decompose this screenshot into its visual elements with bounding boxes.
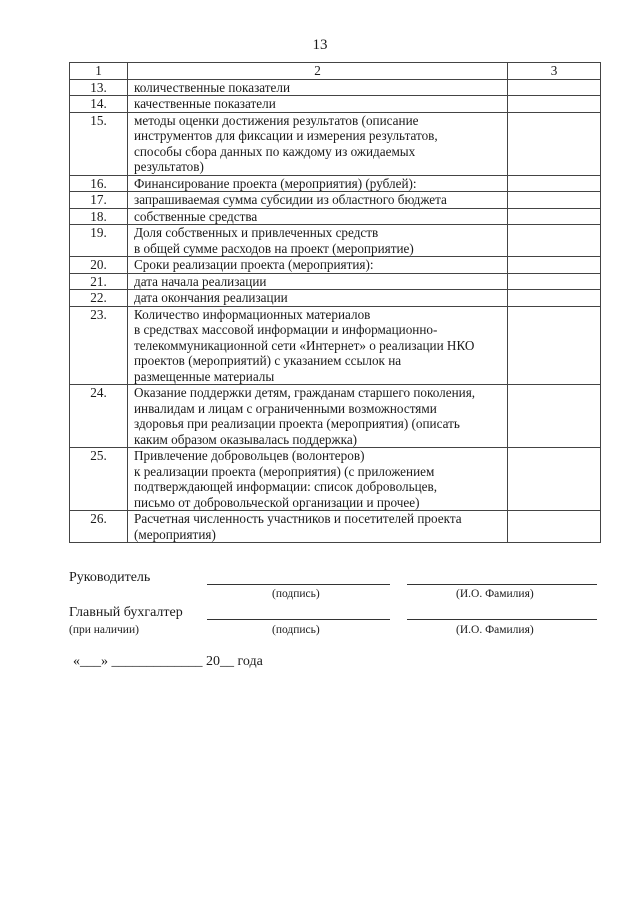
row-value-cell[interactable] xyxy=(508,306,601,385)
table-row: 16.Финансирование проекта (мероприятия) … xyxy=(70,175,601,192)
row-number: 25. xyxy=(70,448,128,511)
table-row: 13.количественные показатели xyxy=(70,79,601,96)
row-description: дата окончания реализации xyxy=(128,290,508,307)
row-value-cell[interactable] xyxy=(508,225,601,257)
row-number: 15. xyxy=(70,112,128,175)
head-name-caption: (И.О. Фамилия) xyxy=(456,588,534,600)
row-value-cell[interactable] xyxy=(508,511,601,543)
row-description: Оказание поддержки детям, гражданам стар… xyxy=(128,385,508,448)
accountant-label: Главный бухгалтер xyxy=(69,605,183,621)
header-col-1: 1 xyxy=(70,63,128,80)
row-description: Финансирование проекта (мероприятия) (ру… xyxy=(128,175,508,192)
row-number: 19. xyxy=(70,225,128,257)
accountant-name-caption: (И.О. Фамилия) xyxy=(456,624,534,636)
row-value-cell[interactable] xyxy=(508,273,601,290)
row-number: 21. xyxy=(70,273,128,290)
row-number: 17. xyxy=(70,192,128,209)
row-value-cell[interactable] xyxy=(508,448,601,511)
accountant-name-line[interactable] xyxy=(407,619,597,620)
row-number: 20. xyxy=(70,257,128,274)
row-number: 14. xyxy=(70,96,128,113)
report-table: 1 2 3 13.количественные показатели14.кач… xyxy=(69,62,601,543)
row-description: качественные показатели xyxy=(128,96,508,113)
accountant-note: (при наличии) xyxy=(69,624,139,636)
row-number: 16. xyxy=(70,175,128,192)
row-number: 18. xyxy=(70,208,128,225)
row-number: 22. xyxy=(70,290,128,307)
row-value-cell[interactable] xyxy=(508,175,601,192)
row-description: запрашиваемая сумма субсидии из областно… xyxy=(128,192,508,209)
table-row: 19.Доля собственных и привлеченных средс… xyxy=(70,225,601,257)
head-name-line[interactable] xyxy=(407,584,597,585)
table-row: 26.Расчетная численность участников и по… xyxy=(70,511,601,543)
accountant-signature-caption: (подпись) xyxy=(272,624,320,636)
row-value-cell[interactable] xyxy=(508,208,601,225)
row-value-cell[interactable] xyxy=(508,385,601,448)
table-row: 25.Привлечение добровольцев (волонтеров)… xyxy=(70,448,601,511)
row-value-cell[interactable] xyxy=(508,290,601,307)
row-number: 24. xyxy=(70,385,128,448)
row-value-cell[interactable] xyxy=(508,257,601,274)
row-value-cell[interactable] xyxy=(508,96,601,113)
row-description: методы оценки достижения результатов (оп… xyxy=(128,112,508,175)
accountant-signature-line[interactable] xyxy=(207,619,390,620)
table-row: 20.Сроки реализации проекта (мероприятия… xyxy=(70,257,601,274)
row-description: Расчетная численность участников и посет… xyxy=(128,511,508,543)
head-label: Руководитель xyxy=(69,570,150,586)
row-number: 26. xyxy=(70,511,128,543)
page-number: 13 xyxy=(0,37,640,54)
row-value-cell[interactable] xyxy=(508,112,601,175)
table-row: 15.методы оценки достижения результатов … xyxy=(70,112,601,175)
header-col-2: 2 xyxy=(128,63,508,80)
header-col-3: 3 xyxy=(508,63,601,80)
row-description: дата начала реализации xyxy=(128,273,508,290)
table-row: 22.дата окончания реализации xyxy=(70,290,601,307)
table-row: 21.дата начала реализации xyxy=(70,273,601,290)
row-description: Доля собственных и привлеченных средств … xyxy=(128,225,508,257)
row-description: Сроки реализации проекта (мероприятия): xyxy=(128,257,508,274)
table-row: 18.собственные средства xyxy=(70,208,601,225)
head-signature-caption: (подпись) xyxy=(272,588,320,600)
table-row: 23.Количество информационных материалов … xyxy=(70,306,601,385)
row-value-cell[interactable] xyxy=(508,192,601,209)
row-description: собственные средства xyxy=(128,208,508,225)
table-row: 17.запрашиваемая сумма субсидии из облас… xyxy=(70,192,601,209)
date-line: «___» _____________ 20__ года xyxy=(73,654,263,670)
row-number: 13. xyxy=(70,79,128,96)
table-row: 14.качественные показатели xyxy=(70,96,601,113)
row-description: количественные показатели xyxy=(128,79,508,96)
table-header-row: 1 2 3 xyxy=(70,63,601,80)
row-description: Привлечение добровольцев (волонтеров) к … xyxy=(128,448,508,511)
row-number: 23. xyxy=(70,306,128,385)
table-row: 24.Оказание поддержки детям, гражданам с… xyxy=(70,385,601,448)
row-value-cell[interactable] xyxy=(508,79,601,96)
row-description: Количество информационных материалов в с… xyxy=(128,306,508,385)
head-signature-line[interactable] xyxy=(207,584,390,585)
